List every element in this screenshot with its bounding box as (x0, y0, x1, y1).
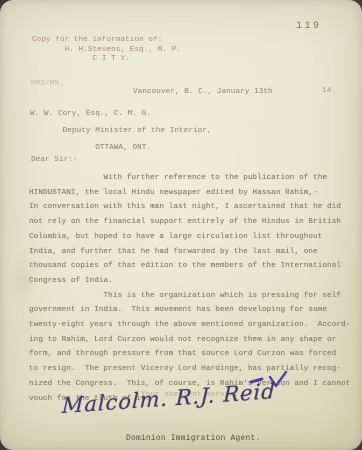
dateline-year: 14 (322, 87, 331, 95)
letter-page: 119 Copy for the information of: H. H.St… (0, 0, 362, 450)
page-number: 119 (296, 21, 322, 32)
letter-body: With further reference to the publicatio… (29, 171, 353, 406)
salutation: Dear Sir:- (31, 156, 78, 164)
reference-initials: MMS/MM. (31, 80, 64, 88)
recipient-address: W. W. Cory, Esq., C. M. G. Deputy Minist… (30, 106, 212, 157)
copy-note: Copy for the information of: H. H.Steven… (32, 36, 181, 65)
dateline: Vancouver, B. C., January 13th (133, 88, 273, 96)
signer-title: Dominion Immigration Agent. (126, 435, 260, 443)
paper-stain (10, 250, 36, 310)
